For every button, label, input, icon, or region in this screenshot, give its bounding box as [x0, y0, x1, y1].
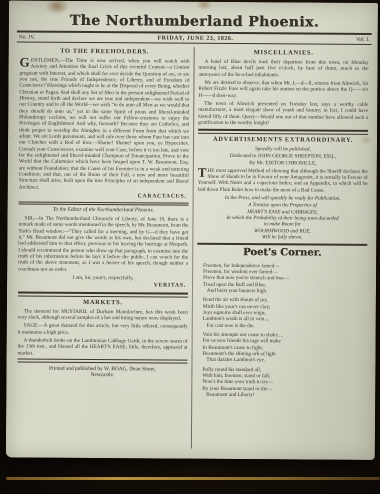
advertisements-heading: ADVERTISEMENTS EXTRAORDINARY. — [198, 135, 368, 144]
table-edge-gold-line — [6, 477, 380, 480]
veritas-signature: VERITAS. — [20, 282, 186, 290]
section-divider — [197, 243, 367, 246]
ad-body-text: HE most approved Method of showing that … — [198, 167, 368, 193]
section-divider — [19, 201, 189, 206]
dateline: No. IV. FRIDAY, JUNE 23, 1826. Vol. I. — [17, 32, 372, 44]
ad2-treatise-block: A Treatise upon the Properties of HEART'… — [197, 202, 367, 241]
miscellany-item: The town of Alnwick presented on Tuesday… — [198, 101, 368, 128]
dropcap-letter: T — [198, 167, 208, 177]
poem-stanza: Freemen, for Independence famed— Freemen… — [203, 262, 367, 295]
columns: TO THE FREEHOLDERS. GENTLEMEN,—The Time … — [14, 45, 372, 449]
volume-number: Vol. I. — [356, 36, 370, 42]
markets-item: A thunderbolt broke on the Lambtonian Ca… — [18, 337, 188, 357]
ad-author: By Mr. EDITOR CHRONICLE, — [198, 160, 368, 168]
section-divider — [198, 129, 368, 135]
miscellanies-heading: MISCELLANIES. — [199, 49, 369, 58]
ad-body: THE most approved Method of showing that… — [198, 167, 368, 194]
letter-heading: To the Editor of the Northumberland Phoe… — [19, 207, 189, 215]
page-content: The Northumberland Phoenix. No. IV. FRID… — [14, 4, 372, 455]
newspaper-page: The Northumberland Phoenix. No. IV. FRID… — [6, 0, 378, 460]
masthead-title: The Northumberland Phoenix. — [17, 12, 372, 30]
poem-stanza: Vain his attempts our cause to shake....… — [202, 332, 366, 365]
publication-date: FRIDAY, JUNE 23, 1826. — [35, 34, 356, 42]
caractacus-signature: CARACTACUS. — [21, 193, 187, 201]
right-column: MISCELLANIES. A band of Blue devils took… — [193, 47, 372, 450]
section-divider — [17, 359, 187, 364]
dropcap-letter: G — [20, 57, 31, 67]
freeholders-heading: TO THE FREEHOLDERS. — [20, 47, 190, 56]
photo-backdrop: The Northumberland Phoenix. No. IV. FRID… — [0, 0, 380, 494]
section-divider — [18, 292, 188, 298]
left-column: TO THE FREEHOLDERS. GENTLEMEN,—The Time … — [14, 45, 193, 448]
printer-imprint: Printed and published by W. BOAG, Dean S… — [17, 365, 187, 379]
miscellany-item: We are desired to observe, that when Mr.… — [198, 80, 368, 100]
letter-body: SIR,—In The Northumberland Chronicle of … — [18, 216, 188, 274]
ad2-intro: In the Press, and will speedily be ready… — [198, 195, 368, 203]
ad-publish-note: Speedily will be published, — [198, 145, 368, 153]
issue-number: No. IV. — [19, 34, 35, 40]
ad-dedication: Dedicated to JOHN GEORGE SHEEPTON, ESQ., — [198, 153, 368, 161]
freeholders-article: GENTLEMEN,—The Time is now arrived, when… — [19, 57, 190, 191]
poets-corner-heading: Poet's Corner. — [197, 247, 367, 260]
poem-stanza: Rally round his standard all, With him, … — [202, 367, 366, 400]
letter-valediction: I am, Sir, your's, respectfully, — [18, 275, 188, 283]
freeholders-body: ENTLEMEN,—The Time is now arrived, when … — [19, 57, 190, 190]
markets-heading: MARKETS. — [18, 298, 188, 307]
markets-item: The demand for MUSTARD, of Durham Manufa… — [18, 308, 188, 322]
markets-item: SAGE.—A great demand for this article, b… — [18, 323, 188, 337]
miscellany-item: A band of Blue devils took their departu… — [198, 59, 368, 79]
poem-stanza: Rend the air with shouts of joy, Mirth l… — [203, 297, 367, 330]
